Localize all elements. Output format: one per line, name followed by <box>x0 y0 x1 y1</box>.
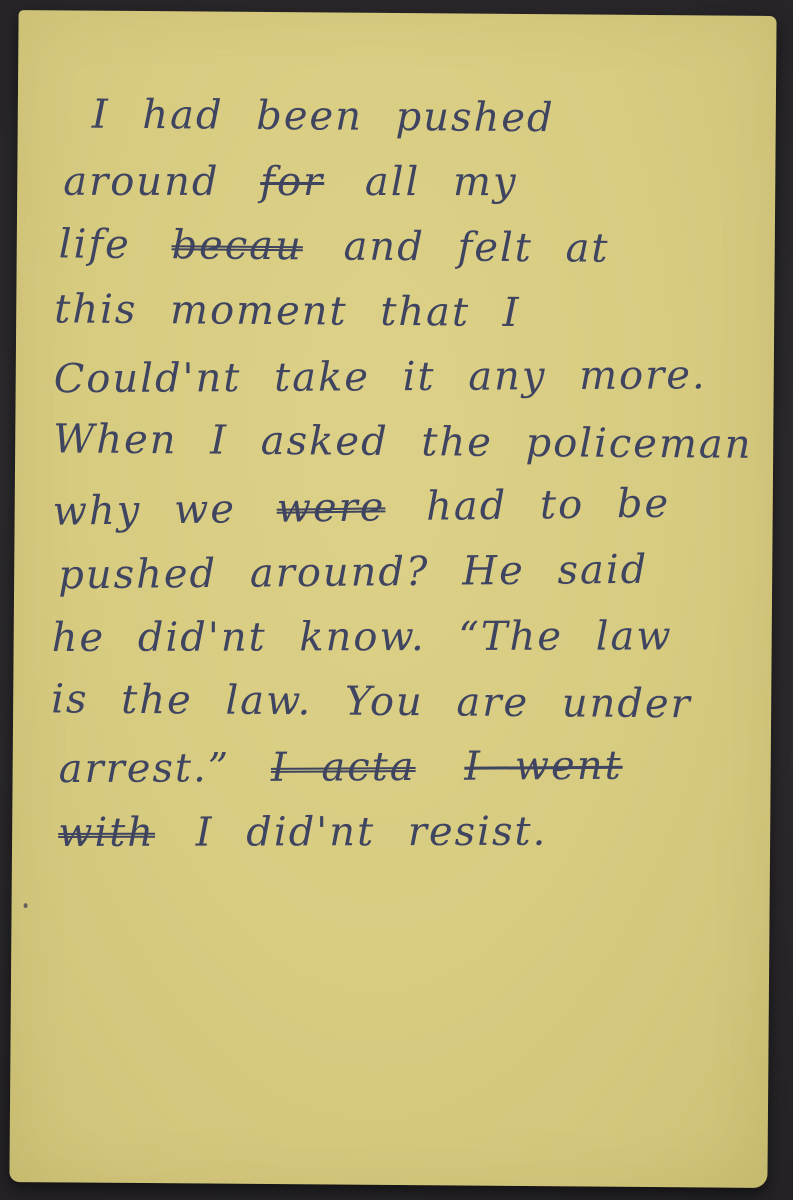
struck-word: I went <box>464 743 623 790</box>
handwriting-line: around for all my <box>55 150 759 216</box>
handwriting-segment: this moment that I <box>54 286 521 336</box>
struck-word: becau <box>171 222 303 269</box>
handwriting-segment: pushed around? He said <box>58 547 648 599</box>
struck-word: I acta <box>271 744 416 791</box>
handwriting-segment: and felt at <box>343 224 609 272</box>
manuscript-paper: I had been pushedaround for all mylife b… <box>9 10 776 1188</box>
handwriting-segment: is the law. You are under <box>51 676 692 727</box>
ink-speck <box>24 903 28 908</box>
handwriting-line: arrest.” I acta I went <box>50 733 754 802</box>
handwriting-line: Could'nt take it any more. <box>54 343 758 412</box>
handwriting-line: life becau and felt at <box>55 212 759 283</box>
handwriting-line: this moment that I <box>54 277 758 348</box>
struck-word: were <box>276 484 385 531</box>
handwriting-segment: I had been pushed <box>92 92 555 142</box>
handwriting-segment: When I asked the policeman <box>53 416 753 467</box>
handwriting-line: pushed around? He said <box>52 537 757 609</box>
handwriting-segment: I did'nt resist. <box>196 809 548 856</box>
photo-background: I had been pushedaround for all mylife b… <box>0 0 793 1200</box>
handwriting-line: I had been pushed <box>56 82 760 153</box>
handwriting-segment: around <box>63 159 219 205</box>
handwriting-line: When I asked the policeman <box>53 407 757 478</box>
struck-word: for <box>260 159 324 205</box>
handwriting-segment: arrest.” <box>59 745 231 792</box>
handwriting-line: he did'nt know. “The law <box>52 604 756 671</box>
handwriting-segment: why we <box>52 486 236 534</box>
handwriting-line: why we were had to be <box>52 470 757 544</box>
handwriting-segment: he did'nt know. “The law <box>52 613 673 661</box>
handwritten-text: I had been pushedaround for all mylife b… <box>50 82 760 868</box>
handwriting-segment: all my <box>365 159 518 205</box>
handwriting-segment: Could'nt take it any more. <box>54 352 707 402</box>
handwriting-line: with I did'nt resist. <box>50 799 754 866</box>
handwriting-line: is the law. You are under <box>51 667 755 738</box>
struck-word: with <box>58 810 155 856</box>
handwriting-segment: had to be <box>426 481 671 530</box>
handwriting-segment: life <box>59 221 131 268</box>
